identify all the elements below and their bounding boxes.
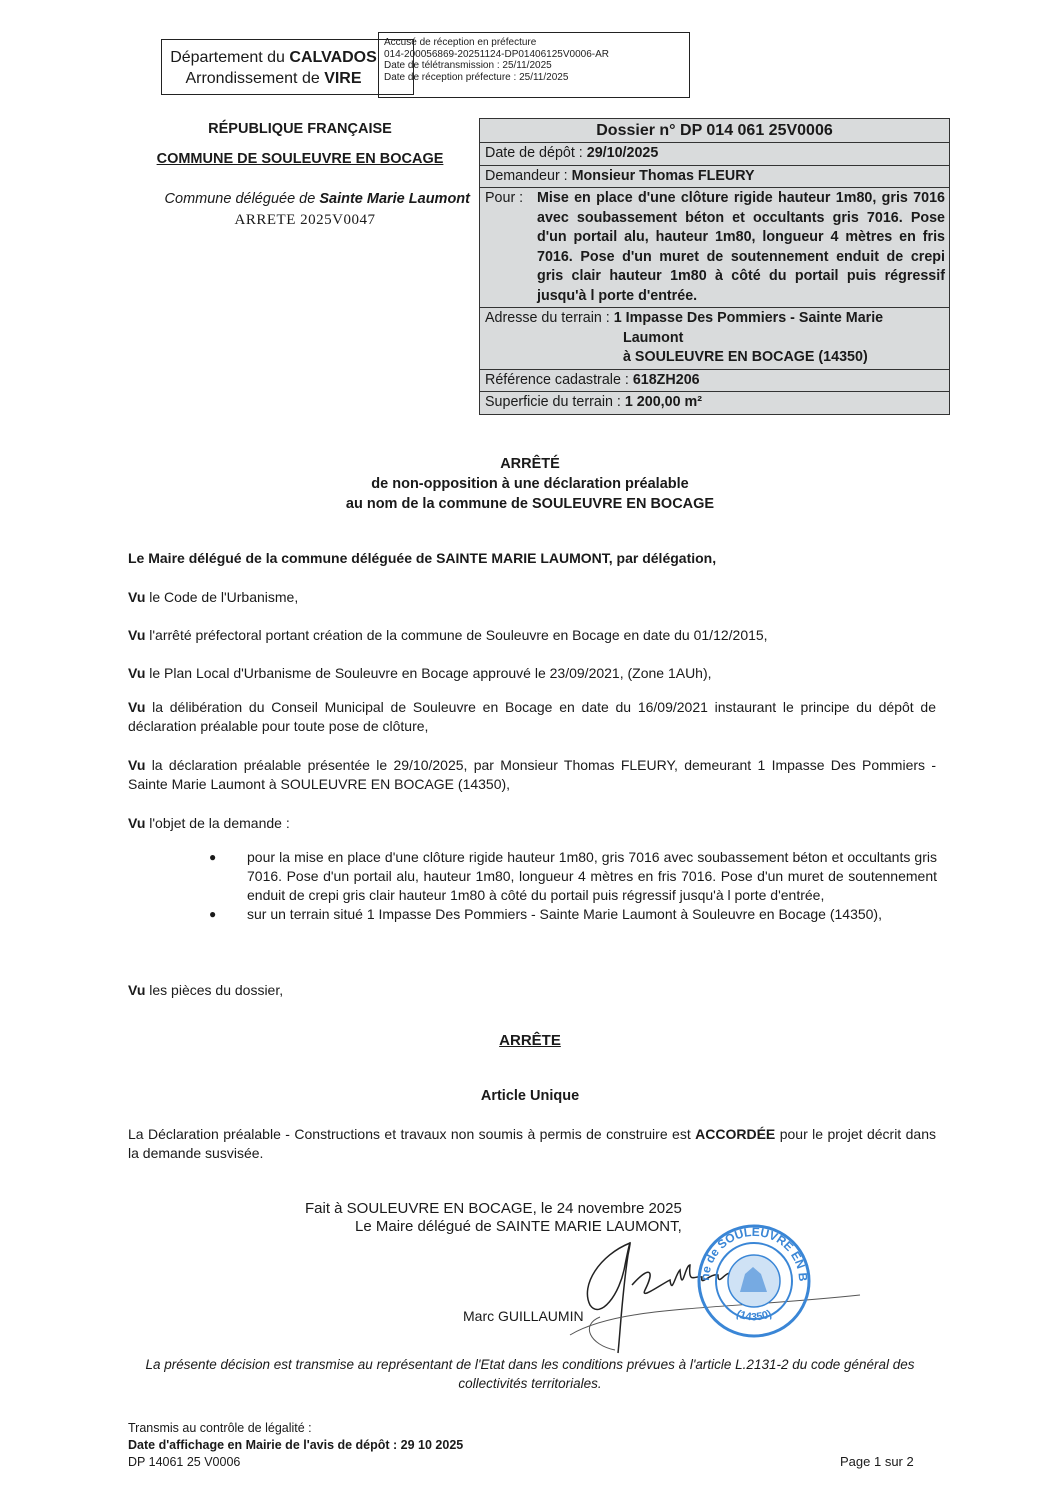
dossier-table: Dossier n° DP 014 061 25V0006 Date de dé… [479,118,950,415]
list-item-text: pour la mise en place d'une clôture rigi… [247,848,937,905]
vu-text: l'arrêté préfectoral portant création de… [145,627,767,643]
list-item: ●pour la mise en place d'une clôture rig… [205,848,937,905]
delegated-prefix: Commune déléguée de [165,191,320,207]
decision-text: La Déclaration préalable - Constructions… [128,1126,695,1142]
delegated-name: Sainte Marie Laumont [319,191,470,207]
department-box: Département du CALVADOS Arrondissement d… [161,39,414,95]
vu-paragraph-6: Vu l'objet de la demande : [128,814,936,833]
document-title: ARRÊTÉ de non-opposition à une déclarati… [200,454,860,514]
arrete-heading: ARRÊTE [430,1032,630,1049]
purpose-label: Pour : [485,189,537,306]
vu-text: la déclaration préalable présentée le 29… [128,757,936,792]
footer-transmission: Transmis au contrôle de légalité : [128,1420,463,1437]
date-value: 29/10/2025 [587,145,659,161]
vu-paragraph-4: Vu la délibération du Conseil Municipal … [128,698,936,736]
maire-statement: Le Maire délégué de la commune déléguée … [128,549,936,568]
arrondissement-prefix: Arrondissement de [185,70,324,87]
area-label: Superficie du terrain : [485,394,625,410]
bullet-icon: ● [205,905,247,924]
vu-paragraph-5: Vu la déclaration préalable présentée le… [128,756,936,794]
vu-paragraph-7: Vu les pièces du dossier, [128,981,936,1000]
decision-status: ACCORDÉE [695,1126,775,1142]
dossier-row-purpose: Pour :Mise en place d'une clôture rigide… [480,187,949,307]
dossier-row-applicant: Demandeur : Monsieur Thomas FLEURY [480,165,949,188]
official-stamp-icon: Commune de SOULEUVRE EN BOCAGE (14350) [695,1222,813,1340]
department-line: Département du CALVADOS [162,47,413,68]
footer: Transmis au contrôle de légalité : Date … [128,1420,463,1471]
page-number: Page 1 sur 2 [840,1454,914,1469]
cadastral-value: 618ZH206 [633,372,700,388]
date-label: Date de dépôt : [485,145,587,161]
arrondissement-name: VIRE [324,70,361,87]
vu-label: Vu [128,665,145,681]
vu-label: Vu [128,982,145,998]
vu-text: le Plan Local d'Urbanisme de Souleuvre e… [145,665,711,681]
ack-id: 014-200056869-20251124-DP01406125V0006-A… [384,49,689,61]
footer-dossier-ref: DP 14061 25 V0006 [128,1454,463,1471]
cadastral-label: Référence cadastrale : [485,372,633,388]
department-prefix: Département du [170,49,289,66]
vu-text: la délibération du Conseil Municipal de … [128,699,936,734]
address-line2: Laumont [485,329,945,349]
vu-text: le Code de l'Urbanisme, [145,589,298,605]
address-label: Adresse du terrain : [485,310,614,326]
acknowledgement-box: Accusé de réception en préfecture 014-20… [378,32,690,98]
dossier-row-area: Superficie du terrain : 1 200,00 m² [480,391,949,414]
title-line2: de non-opposition à une déclaration préa… [200,474,860,494]
vu-paragraph-2: Vu l'arrêté préfectoral portant création… [128,626,936,645]
applicant-value: Monsieur Thomas FLEURY [572,168,755,184]
delegated-commune: Commune déléguée de Sainte Marie Laumont [120,191,470,207]
vu-paragraph-1: Vu le Code de l'Urbanisme, [128,588,936,607]
list-item-text: sur un terrain situé 1 Impasse Des Pommi… [247,905,937,924]
vu-label: Vu [128,699,145,715]
vu-text: l'objet de la demande : [145,815,289,831]
arrondissement-line: Arrondissement de VIRE [162,68,413,89]
request-bullet-list: ●pour la mise en place d'une clôture rig… [205,848,937,924]
department-name: CALVADOS [289,49,376,66]
footer-posting-date: Date d'affichage en Mairie de l'avis de … [128,1437,463,1454]
vu-label: Vu [128,627,145,643]
dossier-row-address: Adresse du terrain : 1 Impasse Des Pommi… [480,307,949,369]
article-heading: Article Unique [430,1088,630,1104]
vu-text: les pièces du dossier, [145,982,283,998]
commune-heading: COMMUNE DE SOULEUVRE EN BOCAGE [125,151,475,167]
dossier-row-date: Date de dépôt : 29/10/2025 [480,142,949,165]
signature-place-date: Fait à SOULEUVRE EN BOCAGE, le 24 novemb… [305,1200,682,1218]
ack-title: Accusé de réception en préfecture [384,37,689,49]
svg-text:(14350): (14350) [734,1308,773,1324]
vu-paragraph-3: Vu le Plan Local d'Urbanisme de Souleuvr… [128,664,936,683]
republic-heading: RÉPUBLIQUE FRANÇAISE [125,121,475,137]
vu-label: Vu [128,815,145,831]
vu-label: Vu [128,757,145,773]
ack-reception-date: Date de réception préfecture : 25/11/202… [384,72,689,84]
title-line3: au nom de la commune de SOULEUVRE EN BOC… [200,494,860,514]
vu-label: Vu [128,589,145,605]
purpose-value: Mise en place d'une clôture rigide haute… [537,189,945,306]
bullet-icon: ● [205,848,247,905]
address-line1: 1 Impasse Des Pommiers - Sainte Marie [614,310,883,326]
applicant-label: Demandeur : [485,168,572,184]
arrete-number: ARRETE 2025V0047 [190,212,420,229]
signatory-name: Marc GUILLAUMIN [463,1308,584,1324]
legal-notice: La présente décision est transmise au re… [130,1355,930,1393]
dossier-title: Dossier n° DP 014 061 25V0006 [480,119,949,142]
dossier-row-cadastral: Référence cadastrale : 618ZH206 [480,369,949,392]
address-line3: à SOULEUVRE EN BOCAGE (14350) [485,348,945,368]
title-line1: ARRÊTÉ [200,454,860,474]
list-item: ●sur un terrain situé 1 Impasse Des Pomm… [205,905,937,924]
ack-transmission-date: Date de télétransmission : 25/11/2025 [384,60,689,72]
area-value: 1 200,00 m² [625,394,702,410]
decision-paragraph: La Déclaration préalable - Constructions… [128,1125,936,1163]
